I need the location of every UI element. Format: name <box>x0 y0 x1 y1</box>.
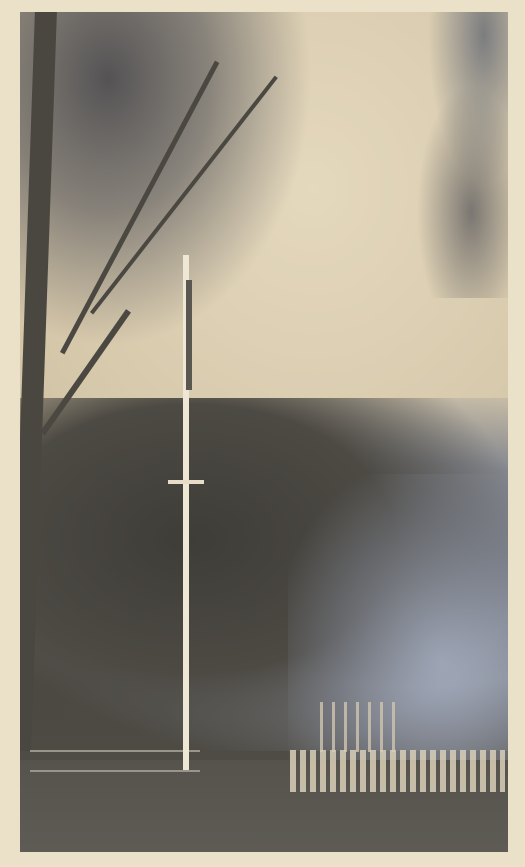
overhanging-leaves <box>386 12 508 298</box>
flagpole-crossbar <box>168 480 204 484</box>
upright-oars <box>320 702 395 752</box>
tree-canopy <box>20 12 313 348</box>
fence <box>30 750 200 772</box>
flag <box>186 280 192 390</box>
uniformed-line <box>290 750 505 792</box>
vintage-photograph <box>20 12 508 852</box>
